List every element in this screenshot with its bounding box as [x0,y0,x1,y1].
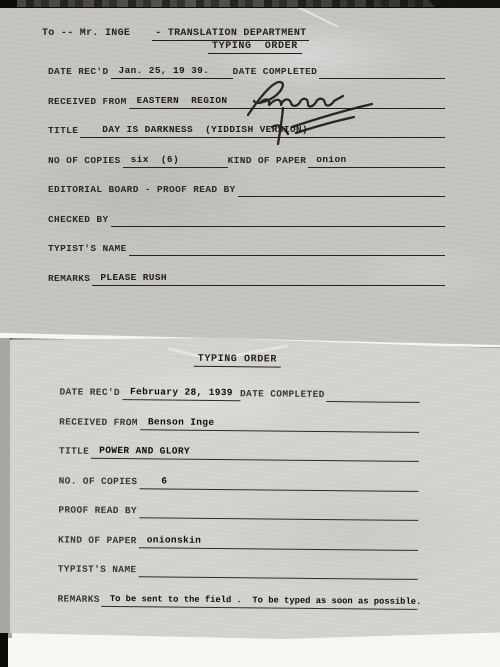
field-value [111,224,445,227]
field-value: Jan. 25, 19 39. [111,65,233,79]
field-label: TYPIST'S NAME [48,243,129,256]
scan-bottom-left-edge [0,633,8,667]
field-value: To be sent to the field . To be typed as… [102,593,418,609]
form-title: TYPING ORDER [194,354,281,368]
proof-read-row: PROOF READ BY [58,488,418,521]
editorial-board-row: EDITORIAL BOARD - PROOF READ BY [48,168,445,198]
field-value: PLEASE RUSH [92,272,445,286]
title-row: TITLE POWER AND GLORY [59,429,419,462]
field-value: six (6) [123,154,228,168]
field-label: KIND OF PAPER [58,534,139,548]
copies-row: NO. OF COPIES 6 [59,458,419,491]
form-fields: DATE REC'D February 28, 1939 DATE COMPLE… [57,370,419,609]
to-label: To -- Mr. INGE [42,28,130,39]
field-label: NO. OF COPIES [59,475,140,489]
typist-name-row: TYPIST'S NAME [48,227,445,257]
field-label: REMARKS [57,593,101,606]
remarks-row: REMARKS PLEASE RUSH [48,256,445,286]
field-value: onionskin [139,534,418,551]
field-label: DATE REC'D [48,66,111,79]
typing-order-form-1: To -- Mr. INGE- TRANSLATION DEPARTMENT T… [0,8,500,345]
field-label: RECEIVED FROM [48,96,129,109]
field-value [129,253,445,256]
field-value: February 28, 1939 [122,386,240,401]
field-label: CHECKED BY [48,214,111,227]
addressee-line: To -- Mr. INGE- TRANSLATION DEPARTMENT [42,28,309,39]
typist-name-row: TYPIST'S NAME [58,547,418,580]
paper-crease-mark [298,6,338,27]
field-label: DATE COMPLETED [240,388,327,402]
field-label: PROOF READ BY [58,504,139,518]
field-label: EDITORIAL BOARD - PROOF READ BY [48,184,238,197]
field-value: 6 [139,475,418,492]
field-label: REMARKS [48,273,92,286]
kind-of-paper-row: KIND OF PAPER onionskin [58,517,418,550]
received-from-row: RECEIVED FROM Benson Inge [59,399,419,432]
field-label: DATE REC'D [59,386,122,400]
field-label: TYPIST'S NAME [58,563,139,577]
typing-order-form-2: TYPING ORDER DATE REC'D February 28, 193… [10,338,500,639]
field-label: NO OF COPIES [48,155,123,168]
checked-by-row: CHECKED BY [48,197,445,227]
field-label: RECEIVED FROM [59,416,140,430]
field-label: TITLE [59,445,91,458]
photostat-scan: To -- Mr. INGE- TRANSLATION DEPARTMENT T… [0,0,500,667]
handwritten-signature-icon [236,74,386,156]
field-label: KIND OF PAPER [228,155,309,168]
department-label: - TRANSLATION DEPARTMENT [152,28,309,41]
field-value: Benson Inge [140,416,419,433]
remarks-row: REMARKS To be sent to the field . To be … [57,576,417,609]
field-value [238,194,445,197]
field-label: TITLE [48,125,80,138]
form-content: TYPING ORDER DATE REC'D February 28, 193… [7,338,500,644]
date-row: DATE REC'D February 28, 1939 DATE COMPLE… [59,370,419,403]
